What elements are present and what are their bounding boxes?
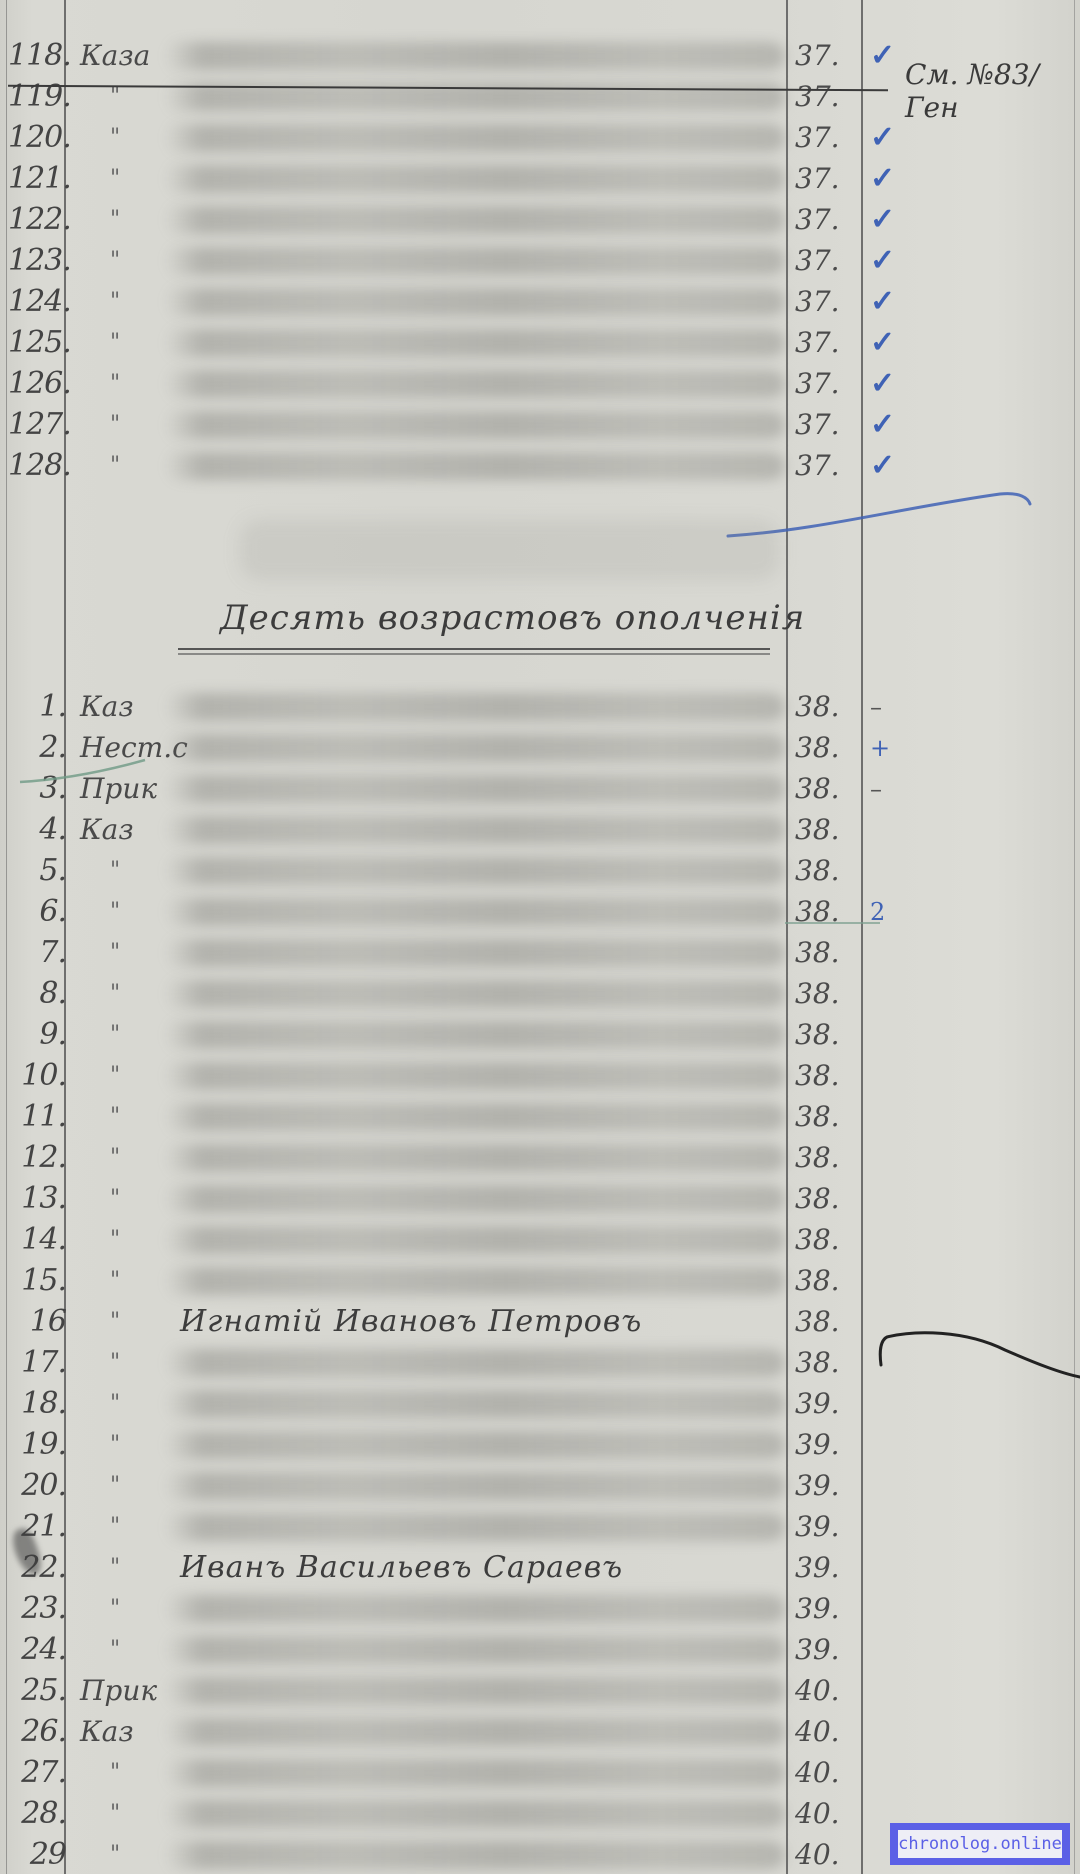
register-row: 127. " 37. ✓ [0,405,1080,445]
blurred-name [165,1595,785,1623]
row-status: " [110,1302,190,1342]
register-row: 123. " 37. ✓ [0,241,1080,281]
row-age: 38. [795,892,855,932]
row-age: 38. [795,687,855,727]
blurred-name [165,1390,785,1418]
blurred-name [165,1103,785,1131]
register-row: 23."39. [0,1589,1080,1629]
row-number: 20. [8,1466,66,1506]
blurred-name [165,411,785,439]
row-age: 38. [795,1015,855,1055]
row-age: 40. [795,1712,855,1752]
row-number: 16 [8,1302,66,1342]
row-age: 38. [795,810,855,850]
faded-text-block [240,520,780,580]
blurred-name [165,1062,785,1090]
blurred-name [165,288,785,316]
row-age: 38. [795,728,855,768]
register-row: 13."38. [0,1179,1080,1219]
register-row: 5."38. [0,851,1080,891]
blurred-name [165,1021,785,1049]
blurred-name [165,857,785,885]
register-row: 124. " 37. ✓ [0,282,1080,322]
check-mark-icon: ✓ [870,405,895,445]
blurred-name [165,775,785,803]
check-mark-icon: ✓ [870,282,895,322]
row-number: 13. [8,1179,66,1219]
heading-underline [178,653,770,655]
register-row: 120. " 37. ✓ [0,118,1080,158]
row-age: 38. [795,851,855,891]
register-row: 2.Нест.с38.+ [0,728,1080,768]
check-mark-icon: ✓ [870,159,895,199]
blurred-name [165,42,785,70]
blurred-name [165,1226,785,1254]
watermark-badge: chronolog.online [890,1823,1070,1865]
register-row: 27."40. [0,1753,1080,1793]
row-age: 40. [795,1835,855,1874]
row-number: 123. [8,241,66,281]
row-number: 17. [8,1343,66,1383]
row-age: 37. [795,118,855,158]
register-row: 12."38. [0,1138,1080,1178]
row-age: 39. [795,1384,855,1424]
row-number: 118. [8,36,66,76]
register-row: 7."38. [0,933,1080,973]
register-row: 25.Прик40. [0,1671,1080,1711]
blurred-name [165,1185,785,1213]
section-heading: Десять возрастовъ ополченія [220,598,805,638]
row-age: 37. [795,200,855,240]
person-name: Игнатій Ивановъ Петровъ [180,1302,642,1342]
blurred-name [165,206,785,234]
row-age: 38. [795,1261,855,1301]
blurred-name [165,980,785,1008]
register-row: 4.Каз38. [0,810,1080,850]
row-number: 124. [8,282,66,322]
register-row-visible-name: 22."Иванъ Васильевъ Сараевъ39. [0,1548,1080,1588]
blurred-name [165,816,785,844]
blurred-name [165,247,785,275]
row-age: 37. [795,364,855,404]
row-status: Каз [80,687,160,727]
register-row: 11."38. [0,1097,1080,1137]
row-age: 37. [795,241,855,281]
blurred-name [165,1431,785,1459]
check-mark-icon: ✓ [870,364,895,404]
register-row: 8."38. [0,974,1080,1014]
blurred-name [165,1759,785,1787]
register-row: 9."38. [0,1015,1080,1055]
row-status: Каз [80,810,160,850]
row-number: 119. [8,77,66,117]
row-number: 27. [8,1753,66,1793]
row-age: 38. [795,1220,855,1260]
row-age: 37. [795,405,855,445]
register-row: 26.Каз40. [0,1712,1080,1752]
row-number: 126. [8,364,66,404]
row-number: 11. [8,1097,66,1137]
blurred-name [165,1267,785,1295]
blurred-name [165,1513,785,1541]
row-age: 39. [795,1548,855,1588]
blurred-name [165,124,785,152]
blurred-name [165,1800,785,1828]
row-number: 29 [8,1835,66,1874]
register-row: 126. " 37. ✓ [0,364,1080,404]
row-age: 40. [795,1671,855,1711]
margin-mark-icon: 2 [870,892,885,932]
row-number: 10. [8,1056,66,1096]
register-row: 21."39. [0,1507,1080,1547]
blurred-name [165,1144,785,1172]
check-mark-icon: ✓ [870,323,895,363]
register-row: 6."38.2 [0,892,1080,932]
register-row: 1.Каз38.– [0,687,1080,727]
margin-mark-icon: + [870,728,890,768]
row-number: 125. [8,323,66,363]
blurred-name [165,1677,785,1705]
register-row: 24."39. [0,1630,1080,1670]
blurred-name [165,1718,785,1746]
row-age: 39. [795,1630,855,1670]
watermark-text: chronolog.online [898,1830,1062,1858]
blurred-name [165,693,785,721]
row-age: 39. [795,1507,855,1547]
row-age: 39. [795,1425,855,1465]
blurred-name [165,1349,785,1377]
row-age: 39. [795,1589,855,1629]
black-curved-stroke [875,1315,1080,1405]
register-row: 121. " 37. ✓ [0,159,1080,199]
row-age: 38. [795,1138,855,1178]
register-row: 15."38. [0,1261,1080,1301]
register-row: 14."38. [0,1220,1080,1260]
row-status: " [110,1548,190,1588]
blurred-name [165,370,785,398]
row-age: 38. [795,1056,855,1096]
row-number: 121. [8,159,66,199]
row-number: 6. [8,892,66,932]
row-age: 37. [795,159,855,199]
row-status: Каз [80,1712,160,1752]
row-number: 127. [8,405,66,445]
green-underline [785,922,880,924]
row-number: 19. [8,1425,66,1465]
blurred-name [165,898,785,926]
row-number: 5. [8,851,66,891]
row-number: 24. [8,1630,66,1670]
row-age: 37. [795,77,855,117]
row-number: 18. [8,1384,66,1424]
row-number: 120. [8,118,66,158]
register-row: 10."38. [0,1056,1080,1096]
blurred-name [165,452,785,480]
row-number: 4. [8,810,66,850]
row-age: 38. [795,1097,855,1137]
row-number: 14. [8,1220,66,1260]
blurred-name [165,734,785,762]
row-number: 9. [8,1015,66,1055]
row-status: Прик [80,1671,160,1711]
check-mark-icon: ✓ [870,118,895,158]
margin-note: См. №83/Ген [905,58,1080,124]
row-age: 38. [795,1302,855,1342]
row-number: 28. [8,1794,66,1834]
row-number: 25. [8,1671,66,1711]
row-age: 38. [795,974,855,1014]
row-age: 38. [795,1343,855,1383]
row-age: 37. [795,282,855,322]
person-name: Иванъ Васильевъ Сараевъ [180,1548,623,1588]
row-number: 128. [8,446,66,486]
register-row: 122. " 37. ✓ [0,200,1080,240]
row-number: 1. [8,687,66,727]
row-age: 40. [795,1753,855,1793]
green-stroke [15,752,155,792]
row-number: 7. [8,933,66,973]
row-age: 38. [795,769,855,809]
check-mark-icon: ✓ [870,241,895,281]
row-age: 37. [795,323,855,363]
row-number: 8. [8,974,66,1014]
blurred-name [165,939,785,967]
row-age: 38. [795,933,855,973]
row-number: 23. [8,1589,66,1629]
register-row: 20."39. [0,1466,1080,1506]
row-number: 15. [8,1261,66,1301]
heading-underline [178,648,770,650]
check-mark-icon: ✓ [870,36,895,76]
blurred-name [165,1636,785,1664]
row-age: 37. [795,36,855,76]
row-status: Каза [80,36,160,76]
blurred-name [165,329,785,357]
margin-mark-icon: – [870,769,882,809]
register-row: 3.Прик38.– [0,769,1080,809]
row-age: 38. [795,1179,855,1219]
blurred-name [165,1472,785,1500]
register-row: 19."39. [0,1425,1080,1465]
margin-mark-icon: – [870,687,882,727]
blurred-name [165,165,785,193]
check-mark-icon: ✓ [870,200,895,240]
row-number: 122. [8,200,66,240]
row-number: 26. [8,1712,66,1752]
row-age: 39. [795,1466,855,1506]
blurred-name [165,1841,785,1869]
row-number: 12. [8,1138,66,1178]
register-row: 125. " 37. ✓ [0,323,1080,363]
row-age: 40. [795,1794,855,1834]
